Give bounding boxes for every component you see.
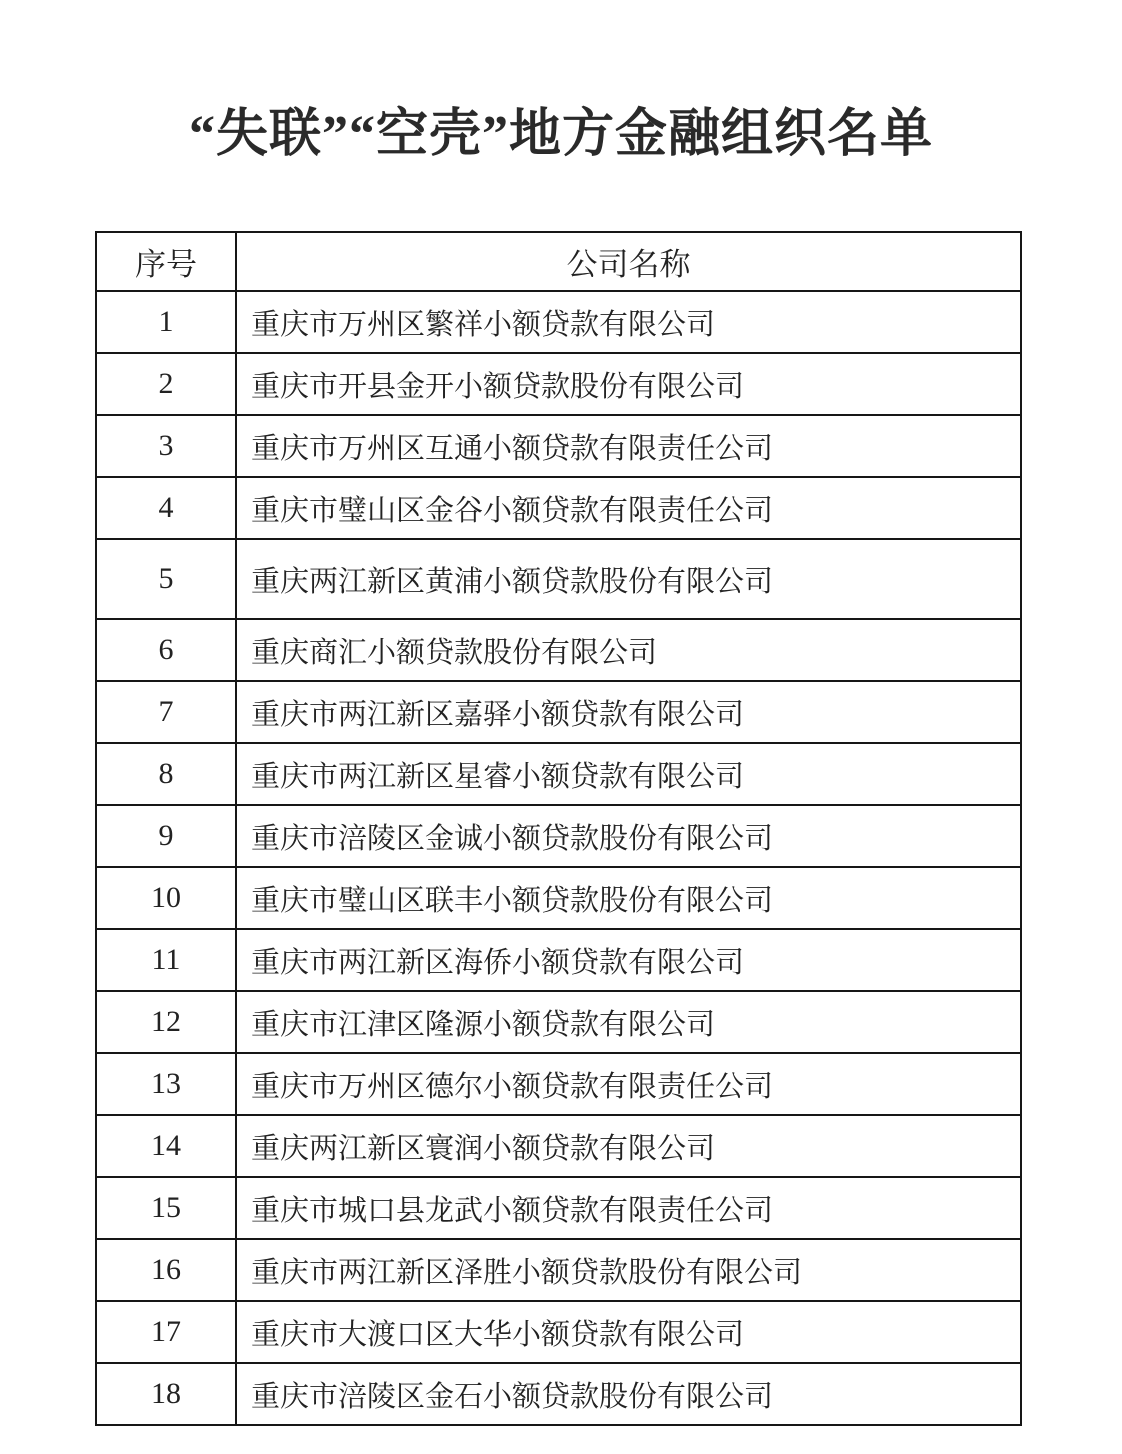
company-name: 重庆市万州区互通小额贷款有限责任公司 — [236, 415, 1021, 477]
table-row: 9 重庆市涪陵区金诚小额贷款股份有限公司 — [96, 805, 1021, 867]
table-row: 7 重庆市两江新区嘉驿小额贷款有限公司 — [96, 681, 1021, 743]
row-number: 4 — [96, 477, 236, 539]
company-name: 重庆市两江新区海侨小额贷款有限公司 — [236, 929, 1021, 991]
row-number: 13 — [96, 1053, 236, 1115]
company-name: 重庆两江新区寰润小额贷款有限公司 — [236, 1115, 1021, 1177]
row-number: 7 — [96, 681, 236, 743]
table-row: 4 重庆市璧山区金谷小额贷款有限责任公司 — [96, 477, 1021, 539]
table-row: 17 重庆市大渡口区大华小额贷款有限公司 — [96, 1301, 1021, 1363]
row-number: 15 — [96, 1177, 236, 1239]
company-name: 重庆市万州区德尔小额贷款有限责任公司 — [236, 1053, 1021, 1115]
company-name: 重庆市江津区隆源小额贷款有限公司 — [236, 991, 1021, 1053]
page-title: “失联”“空壳”地方金融组织名单 — [0, 102, 1122, 167]
company-name: 重庆市两江新区星睿小额贷款有限公司 — [236, 743, 1021, 805]
table-row: 3 重庆市万州区互通小额贷款有限责任公司 — [96, 415, 1021, 477]
table-row: 14 重庆两江新区寰润小额贷款有限公司 — [96, 1115, 1021, 1177]
header-cell-company-name: 公司名称 — [236, 232, 1021, 291]
company-name: 重庆市涪陵区金石小额贷款股份有限公司 — [236, 1363, 1021, 1425]
table-body: 1 重庆市万州区繁祥小额贷款有限公司 2 重庆市开县金开小额贷款股份有限公司 3… — [96, 291, 1021, 1425]
table-row: 15 重庆市城口县龙武小额贷款有限责任公司 — [96, 1177, 1021, 1239]
table-row: 2 重庆市开县金开小额贷款股份有限公司 — [96, 353, 1021, 415]
row-number: 17 — [96, 1301, 236, 1363]
row-number: 8 — [96, 743, 236, 805]
row-number: 18 — [96, 1363, 236, 1425]
table-row: 13 重庆市万州区德尔小额贷款有限责任公司 — [96, 1053, 1021, 1115]
company-name: 重庆市璧山区联丰小额贷款股份有限公司 — [236, 867, 1021, 929]
table-row: 5 重庆两江新区黄浦小额贷款股份有限公司 — [96, 539, 1021, 619]
header-cell-no: 序号 — [96, 232, 236, 291]
row-number: 3 — [96, 415, 236, 477]
document-page: “失联”“空壳”地方金融组织名单 序号 公司名称 1 重庆市万州区繁祥小额贷款有… — [0, 0, 1122, 1454]
row-number: 12 — [96, 991, 236, 1053]
company-name: 重庆市开县金开小额贷款股份有限公司 — [236, 353, 1021, 415]
company-list-table: 序号 公司名称 1 重庆市万州区繁祥小额贷款有限公司 2 重庆市开县金开小额贷款… — [95, 231, 1022, 1426]
row-number: 14 — [96, 1115, 236, 1177]
company-name: 重庆市万州区繁祥小额贷款有限公司 — [236, 291, 1021, 353]
company-name: 重庆市两江新区嘉驿小额贷款有限公司 — [236, 681, 1021, 743]
company-name: 重庆市城口县龙武小额贷款有限责任公司 — [236, 1177, 1021, 1239]
row-number: 5 — [96, 539, 236, 619]
company-name: 重庆两江新区黄浦小额贷款股份有限公司 — [236, 539, 1021, 619]
row-number: 1 — [96, 291, 236, 353]
company-name: 重庆市大渡口区大华小额贷款有限公司 — [236, 1301, 1021, 1363]
company-name: 重庆市涪陵区金诚小额贷款股份有限公司 — [236, 805, 1021, 867]
row-number: 9 — [96, 805, 236, 867]
company-name: 重庆市璧山区金谷小额贷款有限责任公司 — [236, 477, 1021, 539]
row-number: 6 — [96, 619, 236, 681]
table-row: 18 重庆市涪陵区金石小额贷款股份有限公司 — [96, 1363, 1021, 1425]
table-row: 12 重庆市江津区隆源小额贷款有限公司 — [96, 991, 1021, 1053]
table-row: 1 重庆市万州区繁祥小额贷款有限公司 — [96, 291, 1021, 353]
company-name: 重庆市两江新区泽胜小额贷款股份有限公司 — [236, 1239, 1021, 1301]
header-row: 序号 公司名称 — [96, 232, 1021, 291]
table-row: 10 重庆市璧山区联丰小额贷款股份有限公司 — [96, 867, 1021, 929]
row-number: 11 — [96, 929, 236, 991]
table-row: 8 重庆市两江新区星睿小额贷款有限公司 — [96, 743, 1021, 805]
table-row: 6 重庆商汇小额贷款股份有限公司 — [96, 619, 1021, 681]
row-number: 2 — [96, 353, 236, 415]
row-number: 16 — [96, 1239, 236, 1301]
table-row: 11 重庆市两江新区海侨小额贷款有限公司 — [96, 929, 1021, 991]
table-header: 序号 公司名称 — [96, 232, 1021, 291]
company-name: 重庆商汇小额贷款股份有限公司 — [236, 619, 1021, 681]
row-number: 10 — [96, 867, 236, 929]
table-row: 16 重庆市两江新区泽胜小额贷款股份有限公司 — [96, 1239, 1021, 1301]
